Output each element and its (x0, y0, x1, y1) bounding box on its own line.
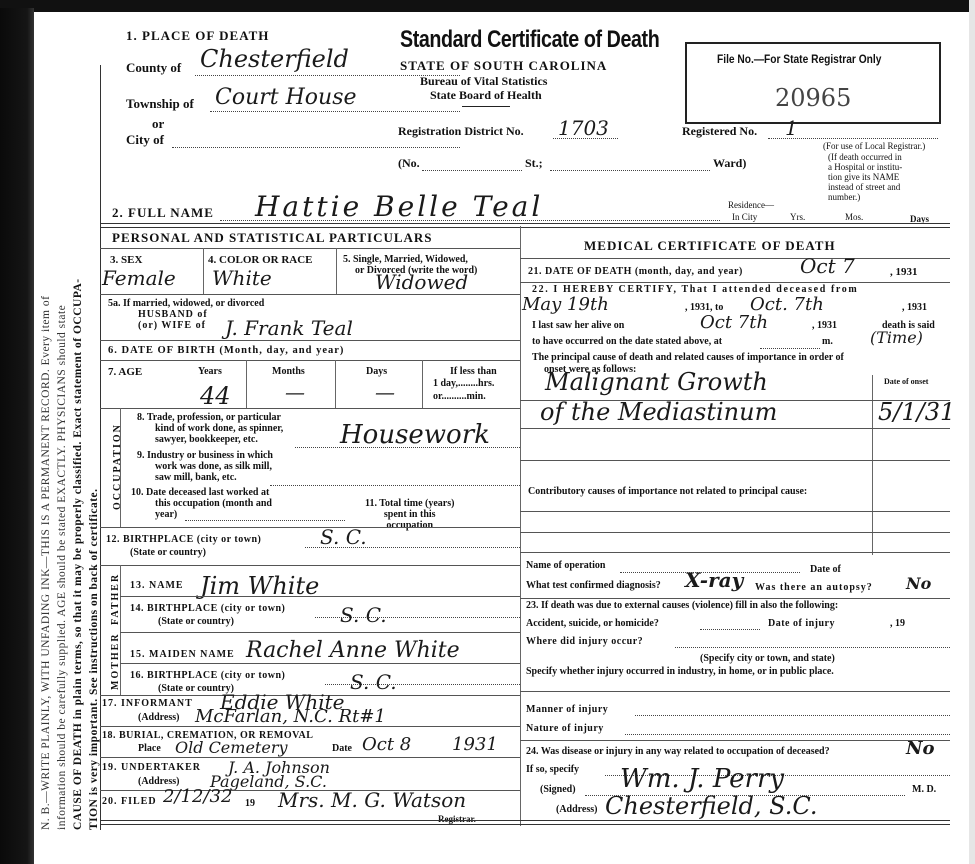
ward-label: Ward) (713, 156, 746, 171)
injury-date-label: Date of injury (768, 618, 835, 629)
autopsy-value: No (906, 574, 931, 593)
age-days-label: Days (366, 366, 387, 377)
injury-19: , 19 (890, 618, 905, 629)
spouse-label-2: HUSBAND of (138, 309, 208, 320)
township-value: Court House (215, 85, 357, 110)
age-label: 7. AGE (108, 366, 142, 378)
street-no-label: (No. (398, 156, 420, 171)
less-than-label-3: or..........min. (433, 391, 486, 402)
filed-label: 20. FILED (102, 796, 157, 807)
death-certificate-form: 1. PLACE OF DEATH County of Chesterfield… (100, 20, 960, 830)
registration-district-value: 1703 (558, 116, 609, 140)
trade-label: 8. Trade, profession, or particular kind… (137, 412, 283, 445)
age-months-label: Months (272, 366, 305, 377)
place-of-death-heading: 1. PLACE OF DEATH (126, 28, 269, 44)
age-months-value: — (285, 380, 305, 404)
operation-label: Name of operation (526, 560, 605, 571)
manner-of-injury-label: Manner of injury (526, 704, 608, 715)
hospital-note: (If death occurred in a Hospital or inst… (828, 152, 902, 202)
county-label: County of (126, 60, 181, 76)
cause-line-2: of the Mediastinum (540, 398, 777, 426)
scan-right-edge (969, 0, 975, 864)
file-number: 20965 (775, 84, 851, 112)
father-birthplace-label-1: 14. BIRTHPLACE (city or town) (130, 603, 285, 614)
birthplace-label-1: 12. BIRTHPLACE (city or town) (106, 534, 261, 545)
specify-city-label: (Specify city or town, and state) (700, 653, 835, 664)
principal-cause-label-1: The principal cause of death and related… (532, 352, 844, 363)
onset-value: 5/1/31 (878, 398, 955, 426)
contributory-label: Contributory causes of importance not re… (528, 486, 807, 497)
father-side-label: FATHER (110, 573, 121, 625)
registrar-signature: Mrs. M. G. Watson (278, 788, 466, 812)
where-injury-label: Where did injury occur? (526, 636, 643, 647)
medical-heading: MEDICAL CERTIFICATE OF DEATH (584, 238, 836, 254)
last-saw-label: I last saw her alive on (532, 320, 624, 331)
spouse-label-1: 5a. If married, widowed, or divorced (108, 298, 264, 309)
file-box-label: File No.—For State Registrar Only (717, 52, 881, 66)
mos-label: Mos. (845, 212, 863, 222)
father-birthplace-value: S. C. (340, 603, 387, 627)
dob-label: 6. DATE OF BIRTH (Month, day, and year) (108, 345, 344, 356)
age-days-value: — (375, 380, 395, 404)
md-label: M. D. (912, 784, 936, 795)
last-worked-label: 10. Date deceased last worked at this oc… (131, 487, 272, 520)
county-value: Chesterfield (200, 45, 349, 73)
board-name: State Board of Health (430, 88, 542, 103)
scan-top-border (0, 0, 975, 12)
less-than-label-2: 1 day,........hrs. (433, 378, 494, 389)
mother-birthplace-label-1: 16. BIRTHPLACE (city or town) (130, 670, 285, 681)
signed-label: (Signed) (540, 784, 576, 795)
burial-date-label: Date (332, 743, 352, 754)
yrs-label: Yrs. (790, 212, 805, 222)
bureau-name: Bureau of Vital Statistics (420, 74, 547, 89)
if-so-specify-label: If so, specify (526, 764, 579, 775)
or-label: or (152, 116, 164, 132)
mother-maiden-label: 15. MAIDEN NAME (130, 649, 235, 660)
side-instructions: N. B.—WRITE PLAINLY, WITH UNFADING INK—T… (34, 10, 102, 830)
industry-label: 9. Industry or business in which work wa… (137, 450, 273, 483)
township-label: Township of (126, 96, 194, 112)
date-of-death-value: Oct 7 (800, 254, 855, 278)
address-label: (Address) (556, 804, 597, 815)
burial-date-value: Oct 8 (362, 734, 411, 755)
test-confirmed-label: What test confirmed diagnosis? (526, 580, 661, 591)
race-value: White (212, 266, 272, 290)
undertaker-label: 19. UNDERTAKER (102, 762, 201, 773)
in-city-label: In City (732, 212, 757, 222)
physician-signature: Wm. J. Perry (620, 764, 784, 794)
last-saw-year: , 1931 (812, 320, 837, 331)
father-name-label: 13. NAME (130, 580, 184, 591)
residence-label: Residence— (728, 200, 774, 210)
occupation-related-value: No (906, 738, 934, 759)
informant-address-value: McFarlan, N.C. Rt#1 (195, 706, 386, 727)
occupation-side-label: OCCUPATION (112, 423, 123, 510)
birthplace-label-2: (State or country) (130, 547, 206, 558)
mother-side-label: MOTHER (110, 632, 121, 690)
certificate-title: Standard Certificate of Death (400, 26, 659, 54)
mother-maiden-value: Rachel Anne White (246, 638, 460, 663)
operation-date-label: Date of (810, 564, 841, 575)
burial-year-value: 1931 (452, 734, 498, 755)
time-value: (Time) (870, 328, 923, 347)
last-saw-value: Oct 7th (700, 312, 768, 333)
age-years-value: 44 (200, 382, 231, 410)
sex-value: Female (102, 266, 176, 290)
marital-status-value: Widowed (375, 270, 468, 294)
informant-address-label: (Address) (138, 712, 179, 723)
occurred-m: m. (822, 336, 833, 347)
less-than-label-1: If less than (450, 366, 497, 377)
form-left-border (100, 65, 101, 830)
sex-label: 3. SEX (110, 254, 142, 266)
physician-address: Chesterfield, S.C. (605, 792, 818, 820)
test-confirmed-value: X-ray (685, 568, 743, 592)
full-name-label: 2. FULL NAME (112, 205, 214, 221)
specify-place-label: Specify whether injury occurred in indus… (526, 666, 834, 677)
race-label: 4. COLOR OR RACE (208, 254, 313, 266)
autopsy-label: Was there an autopsy? (755, 582, 873, 593)
informant-label: 17. INFORMANT (102, 698, 193, 709)
accident-label: Accident, suicide, or homicide? (526, 618, 659, 629)
external-causes-label: 23. If death was due to external causes … (526, 600, 838, 611)
form-bottom-border (100, 820, 950, 825)
occupation-related-label: 24. Was disease or injury in any way rel… (526, 746, 830, 757)
side-instruction-line: information should be carefully supplied… (56, 305, 68, 830)
registration-district-label: Registration District No. (398, 124, 524, 139)
filed-19: 19 (245, 798, 255, 809)
date-onset-label: Date of onset (884, 377, 928, 386)
personal-heading: PERSONAL AND STATISTICAL PARTICULARS (112, 230, 433, 246)
side-instruction-line: CAUSE OF DEATH in plain terms, so that i… (72, 278, 84, 830)
spouse-label-3: (or) WIFE of (138, 320, 206, 331)
trade-value: Housework (340, 420, 490, 450)
cause-line-1: Malignant Growth (545, 368, 768, 396)
mother-birthplace-value: S. C. (350, 670, 397, 694)
date-of-death-label: 21. DATE OF DEATH (month, day, and year) (528, 266, 743, 277)
burial-place-label: Place (138, 743, 161, 754)
birthplace-value: S. C. (320, 525, 367, 549)
file-number-box: File No.—For State Registrar Only 20965 (685, 42, 941, 124)
occurred-label: to have occurred on the date stated abov… (532, 336, 722, 347)
burial-place-value: Old Cemetery (175, 738, 288, 757)
local-registrar-note: (For use of Local Registrar.) (823, 141, 925, 151)
filed-value: 2/12/32 (163, 786, 232, 807)
side-instruction-line: TION is very important. See instructions… (88, 488, 100, 830)
attended-to-year: , 1931 (902, 302, 927, 313)
column-divider (520, 226, 521, 826)
state-name: STATE OF SOUTH CAROLINA (400, 58, 607, 74)
nature-of-injury-label: Nature of injury (526, 723, 604, 734)
full-name-value: Hattie Belle Teal (255, 190, 543, 223)
street-label: St.; (525, 156, 543, 171)
age-years-label: Years (198, 366, 222, 377)
city-label: City of (126, 132, 164, 148)
side-instruction-line: N. B.—WRITE PLAINLY, WITH UNFADING INK—T… (40, 296, 52, 830)
scan-left-binding-shadow (0, 8, 34, 864)
attended-from-value: May 19th (522, 294, 609, 315)
father-birthplace-label-2: (State or country) (158, 616, 234, 627)
date-of-death-year: , 1931 (890, 266, 918, 278)
registered-no-label: Registered No. (682, 124, 757, 139)
spouse-value: J. Frank Teal (225, 316, 353, 340)
marital-status-label-1: 5. Single, Married, Widowed, (343, 254, 468, 265)
